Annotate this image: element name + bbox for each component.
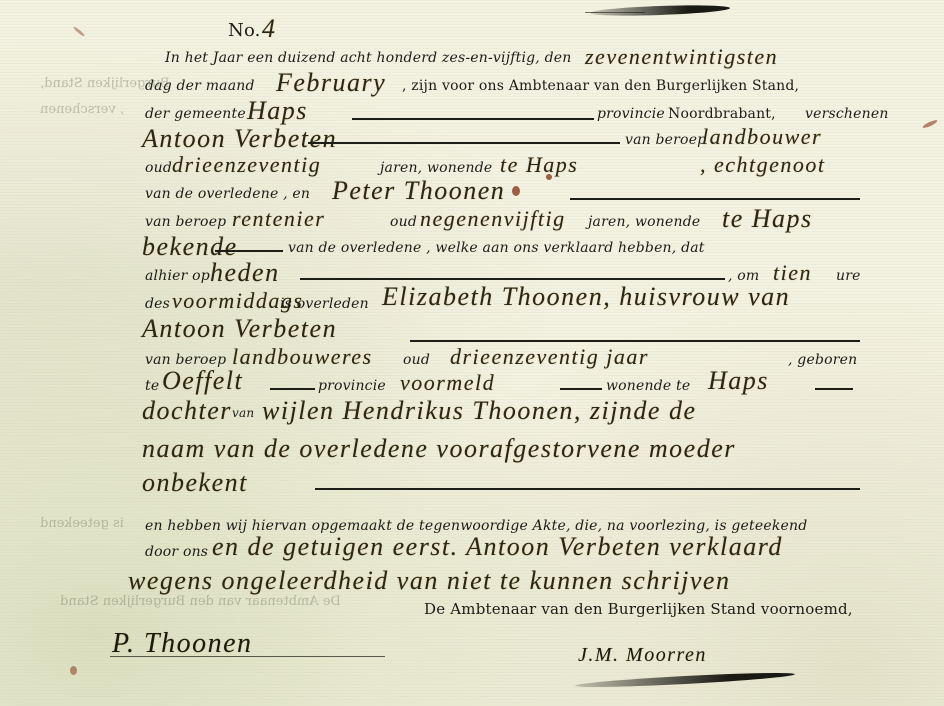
- handwritten-relation: dochter: [142, 396, 232, 426]
- handwritten-declarant-name: Antoon Verbeten: [142, 124, 337, 154]
- fill-line: [270, 388, 315, 390]
- printed-text: , zijn voor ons Ambtenaar van den Burger…: [402, 78, 799, 94]
- printed-text: van: [232, 406, 254, 420]
- printed-text: verschenen: [805, 106, 889, 122]
- fill-line: [815, 388, 853, 390]
- handwritten-mother-note: naam van de overledene voorafgestorvene …: [142, 434, 736, 464]
- handwritten-day: zevenentwintigsten: [585, 44, 778, 70]
- official-signature: J.M. Moorren: [578, 644, 707, 667]
- printed-text: provincie: [597, 106, 665, 122]
- handwritten-province: voormeld: [400, 370, 495, 396]
- printed-text: alhier op: [145, 268, 210, 284]
- signature-underline: [110, 656, 385, 657]
- handwritten-father-name: wijlen Hendrikus Thoonen, zijnde de: [262, 396, 697, 426]
- printed-text: van de overledene , en: [145, 186, 310, 202]
- printed-text: ure: [836, 268, 861, 284]
- printed-text: van beroep: [145, 214, 226, 230]
- fill-line: [300, 278, 725, 280]
- top-signature-flourish: [590, 4, 730, 18]
- printed-text: In het Jaar een duizend acht honderd zes…: [165, 50, 571, 66]
- handwritten-closing: wegens ongeleerdheid van niet te kunnen …: [128, 566, 730, 596]
- handwritten-residence: te Haps: [722, 204, 813, 234]
- fill-line: [315, 488, 860, 490]
- margin-bleedthrough-text: is geteekend: [40, 516, 124, 531]
- printed-text: oud: [403, 352, 430, 368]
- handwritten-birthplace: Oeffelt: [162, 366, 243, 396]
- fill-line: [215, 250, 283, 252]
- handwritten-age: negenenvijftig: [420, 206, 566, 232]
- handwritten-relation: , echtgenoot: [700, 152, 826, 178]
- margin-bleedthrough-text: De Ambtenaar van den Burgerlijken Stand: [60, 594, 341, 609]
- printed-province: Noordbrabant,: [668, 106, 776, 122]
- printed-text: oud: [145, 160, 172, 176]
- printed-text: des: [145, 296, 170, 312]
- printed-official-title: De Ambtenaar van den Burgerlijken Stand …: [424, 600, 853, 618]
- handwritten-age: drieenzeventig jaar: [450, 344, 649, 370]
- ink-stain: [70, 666, 77, 675]
- top-signature-flourish-tail: [585, 12, 645, 13]
- fill-line: [560, 388, 602, 390]
- handwritten-closing: en de getuigen eerst. Antoon Verbeten ve…: [212, 532, 783, 562]
- handwritten-residence: Haps: [708, 366, 769, 396]
- printed-text: door ons: [145, 544, 208, 560]
- handwritten-age: drieenzeventig: [172, 152, 321, 178]
- ink-stain: [73, 26, 86, 37]
- handwritten-municipality: Haps: [247, 96, 308, 126]
- handwritten-mother-note: onbekent: [142, 468, 248, 498]
- printed-text: provincie: [318, 378, 386, 394]
- official-signature-flourish: [575, 670, 795, 690]
- printed-text: is overleden: [280, 296, 369, 312]
- handwritten-occupation: landbouweres: [232, 344, 373, 370]
- fill-line: [410, 340, 860, 342]
- handwritten-occupation: landbouwer: [702, 124, 822, 150]
- printed-text: dag der maand: [145, 78, 255, 94]
- printed-text: wonende te: [606, 378, 690, 394]
- record-number-value: 4: [262, 14, 277, 44]
- handwritten-witness-name: Peter Thoonen: [332, 176, 505, 206]
- ink-stain: [922, 119, 938, 129]
- fill-line: [308, 142, 620, 144]
- handwritten-deceased-name: Elizabeth Thoonen, huisvrouw van: [382, 282, 790, 312]
- ink-stain: [512, 186, 520, 196]
- printed-text: te: [145, 378, 159, 394]
- printed-text: van de overledene , welke aan ons verkla…: [288, 240, 705, 256]
- fill-line: [352, 118, 594, 120]
- printed-text: oud: [390, 214, 417, 230]
- fill-line: [570, 198, 860, 200]
- handwritten-date: heden: [210, 258, 280, 288]
- printed-text: jaren, wonende: [588, 214, 700, 230]
- printed-text: der gemeente: [145, 106, 246, 122]
- margin-bleedthrough-text: , verschenen: [40, 102, 124, 117]
- handwritten-spouse-name: Antoon Verbeten: [142, 314, 337, 344]
- handwritten-month: February: [276, 68, 386, 98]
- printed-text: van beroep: [625, 132, 706, 148]
- printed-text: , geboren: [788, 352, 857, 368]
- printed-text: jaren, wonende: [380, 160, 492, 176]
- record-number-label: No.: [228, 20, 261, 41]
- handwritten-residence: te Haps: [500, 152, 578, 178]
- handwritten-occupation: rentenier: [232, 206, 325, 232]
